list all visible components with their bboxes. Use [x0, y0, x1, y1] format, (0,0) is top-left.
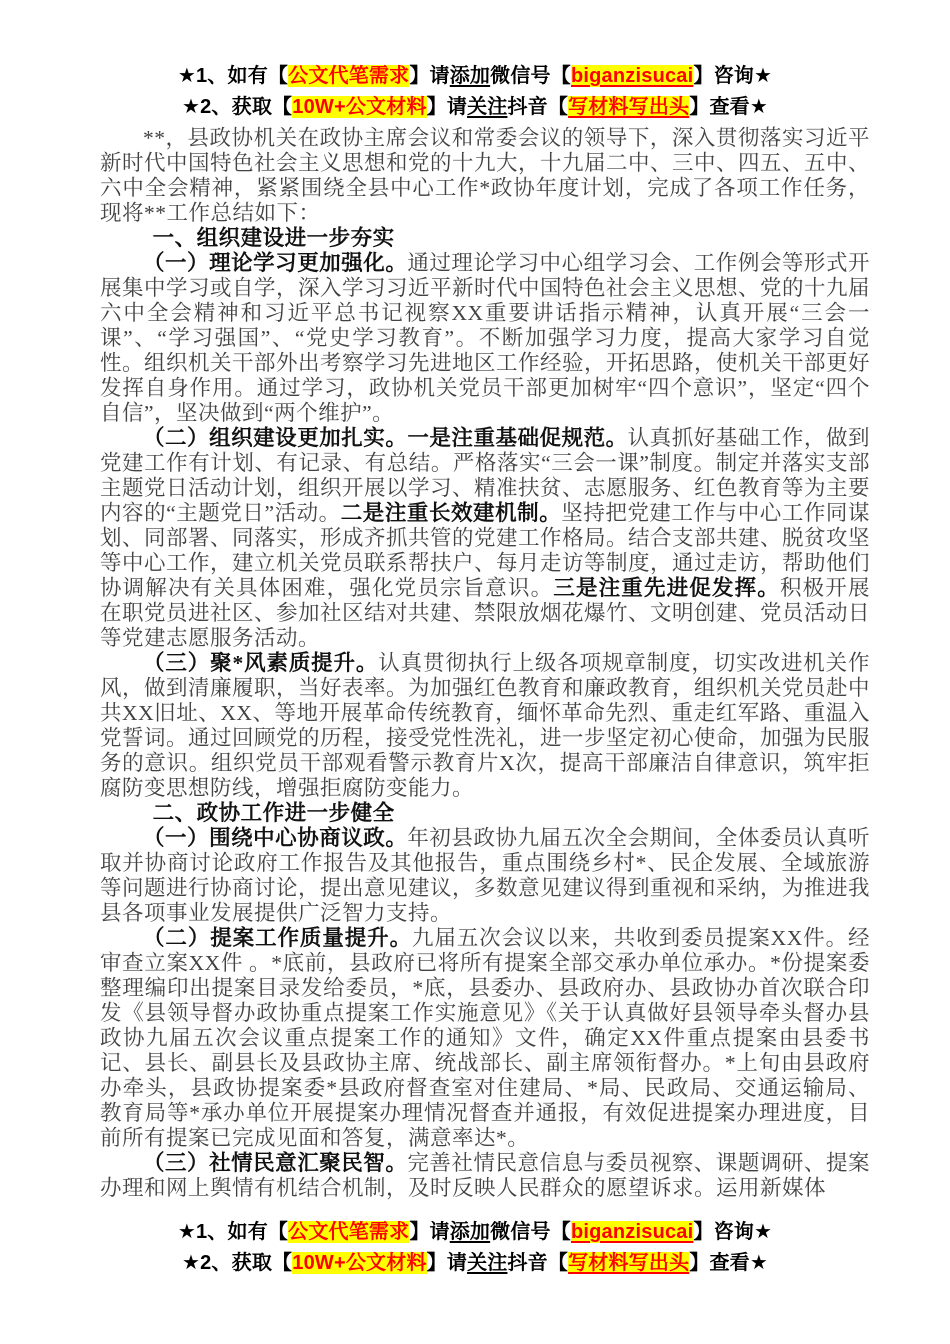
promo-text: 微信号【 [490, 65, 571, 87]
promo-highlight: 公文代笔需求 [288, 65, 409, 87]
body-paragraph: （一）围绕中心协商议政。年初县政协九届五次全会期间，全体委员认真听取并协商讨论政… [100, 826, 870, 926]
bold-lead-run: 三是注重先进促发挥。 [553, 576, 780, 600]
text-run: 九届五次会议以来，共收到委员提案XX件。经审查立案XX件 。*底前，县政府已将所… [100, 926, 870, 1150]
text-run: **，县政协机关在政协主席会议和常委会议的领导下，深入贯彻落实习近平新时代中国特… [100, 126, 870, 225]
promo-underline: 添加 [450, 1221, 490, 1243]
promo-text: 】请 [427, 1252, 467, 1274]
body-paragraph: （三）聚*风素质提升。认真贯彻执行上级各项规章制度，切实改进机关作风，做到清廉履… [100, 651, 870, 801]
promo-text: 】咨询★ [693, 65, 772, 87]
body-paragraph: （二）提案工作质量提升。九届五次会议以来，共收到委员提案XX件。经审查立案XX件… [100, 926, 870, 1151]
bold-lead-run: （三）社情民意汇聚民智。 [143, 1151, 407, 1175]
bold-lead-run: 一、组织建设进一步夯实 [153, 226, 395, 250]
promo-text: 】咨询★ [693, 1221, 772, 1243]
promo-text: ★1、如有【 [178, 65, 288, 87]
promo-text: ★2、获取【 [182, 96, 292, 118]
promo-highlight: 10W+公文材料 [292, 1252, 426, 1274]
bold-lead-run: （一）理论学习更加强化。 [143, 251, 407, 275]
text-run: 通过理论学习中心组学习会、工作例会等形式开展集中学习或自学，深入学习习近平新时代… [100, 251, 870, 425]
document-body: **，县政协机关在政协主席会议和常委会议的领导下，深入贯彻落实习近平新时代中国特… [100, 126, 870, 1201]
promo-highlight-underline: biganzisucai [571, 1221, 693, 1243]
promo-text: ★2、获取【 [182, 1252, 292, 1274]
body-paragraph: **，县政协机关在政协主席会议和常委会议的领导下，深入贯彻落实习近平新时代中国特… [100, 126, 870, 226]
promo-line: ★1、如有【公文代笔需求】请添加微信号【biganzisucai】咨询★ [0, 1217, 950, 1248]
promo-text: 】查看★ [689, 96, 768, 118]
bold-lead-run: 二是注重长效建机制。 [341, 501, 562, 525]
bold-lead-run: （二）提案工作质量提升。 [143, 926, 412, 950]
bold-lead-run: （二）组织建设更加扎实。一是注重基础促规范。 [143, 426, 628, 450]
promo-text: 】请 [409, 65, 449, 87]
promo-underline: 添加 [450, 65, 490, 87]
promo-header: ★1、如有【公文代笔需求】请添加微信号【biganzisucai】咨询★ ★2、… [0, 61, 950, 123]
promo-line: ★1、如有【公文代笔需求】请添加微信号【biganzisucai】咨询★ [0, 61, 950, 92]
promo-text: 抖音【 [507, 1252, 568, 1274]
promo-highlight-underline: biganzisucai [571, 65, 693, 87]
promo-highlight: 公文代笔需求 [288, 1221, 409, 1243]
promo-footer: ★1、如有【公文代笔需求】请添加微信号【biganzisucai】咨询★ ★2、… [0, 1217, 950, 1279]
bold-lead-run: （三）聚*风素质提升。 [143, 651, 378, 675]
promo-text: 】查看★ [689, 1252, 768, 1274]
promo-line: ★2、获取【10W+公文材料】请关注抖音【写材料写出头】查看★ [0, 1248, 950, 1279]
promo-underline: 关注 [467, 96, 507, 118]
promo-text: 微信号【 [490, 1221, 571, 1243]
bold-lead-run: （一）围绕中心协商议政。 [143, 826, 407, 850]
promo-highlight: 10W+公文材料 [292, 96, 426, 118]
body-paragraph: （一）理论学习更加强化。通过理论学习中心组学习会、工作例会等形式开展集中学习或自… [100, 251, 870, 426]
bold-lead-run: 二、政协工作进一步健全 [153, 801, 395, 825]
promo-text: ★1、如有【 [178, 1221, 288, 1243]
body-paragraph: （二）组织建设更加扎实。一是注重基础促规范。认真抓好基础工作，做到党建工作有计划… [100, 426, 870, 651]
promo-line: ★2、获取【10W+公文材料】请关注抖音【写材料写出头】查看★ [0, 92, 950, 123]
promo-highlight-underline: 写材料写出头 [568, 1252, 689, 1274]
promo-text: 】请 [427, 96, 467, 118]
promo-text: 抖音【 [507, 96, 568, 118]
document-page: ★1、如有【公文代笔需求】请添加微信号【biganzisucai】咨询★ ★2、… [0, 0, 950, 1344]
promo-highlight-underline: 写材料写出头 [568, 96, 689, 118]
promo-underline: 关注 [467, 1252, 507, 1274]
section-heading: 二、政协工作进一步健全 [100, 801, 870, 826]
promo-text: 】请 [409, 1221, 449, 1243]
body-paragraph: （三）社情民意汇聚民智。完善社情民意信息与委员视察、课题调研、提案办理和网上舆情… [100, 1151, 870, 1201]
section-heading: 一、组织建设进一步夯实 [100, 226, 870, 251]
